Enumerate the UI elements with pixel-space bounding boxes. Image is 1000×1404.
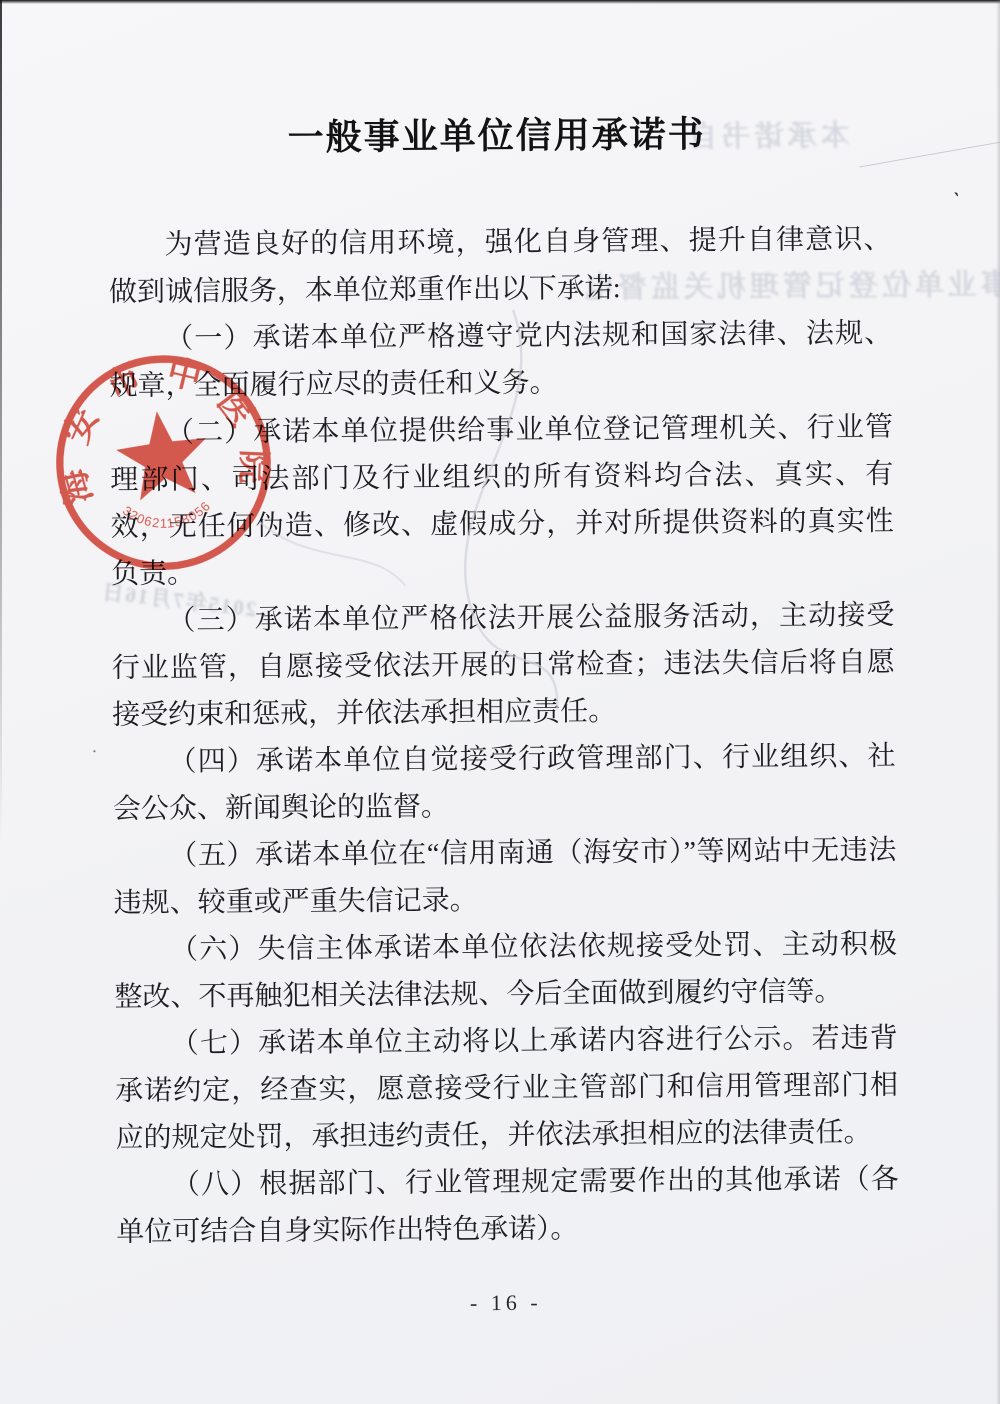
star-icon	[112, 405, 213, 502]
commitment-item-5: （五）承诺本单位在“信用南通（海安市）”等网站中无违法违规、较重或严重失信记录。	[113, 827, 897, 927]
margin-dot-artifact: ·	[91, 741, 97, 762]
stray-ink-tick: ˋ	[948, 189, 961, 213]
commitment-item-6: （六）失信主体承诺本单位依法依规接受处罚、主动积极整改、不再触犯相关法律法规、今…	[114, 921, 898, 1021]
commitment-item-3: （三）承诺本单位严格依法开展公益服务活动，主动接受行业监管，自愿接受依法开展的日…	[111, 592, 895, 739]
page-number: - 16 -	[6, 1286, 1000, 1320]
intro-paragraph: 为营造良好的信用环境，强化自身管理、提升自律意识、做到诚信服务，本单位郑重作出以…	[108, 216, 892, 316]
document-title: 一般事业单位信用承诺书	[0, 104, 997, 163]
official-seal: 海安市中医院 320621158056	[35, 333, 291, 589]
commitment-item-4: （四）承诺本单位自觉接受行政管理部门、行业组织、社会公众、新闻舆论的监督。	[112, 733, 896, 833]
svg-text:320621158056: 320621158056	[119, 492, 216, 537]
document-content: 本承诺书自 事业单位登记管理机关监督电 2015年7月16日 一般事业单位信用承…	[0, 0, 1000, 1404]
commitment-item-8: （八）根据部门、行业管理规定需要作出的其他承诺（各单位可结合自身实际作出特色承诺…	[116, 1156, 900, 1256]
scanned-document-page: 本承诺书自 事业单位登记管理机关监督电 2015年7月16日 一般事业单位信用承…	[0, 0, 1000, 1404]
commitment-item-7: （七）承诺本单位主动将以上承诺内容进行公示。若违背承诺约定，经查实，愿意接受行业…	[115, 1015, 899, 1162]
seal-serial-number: 320621158056	[119, 492, 216, 537]
